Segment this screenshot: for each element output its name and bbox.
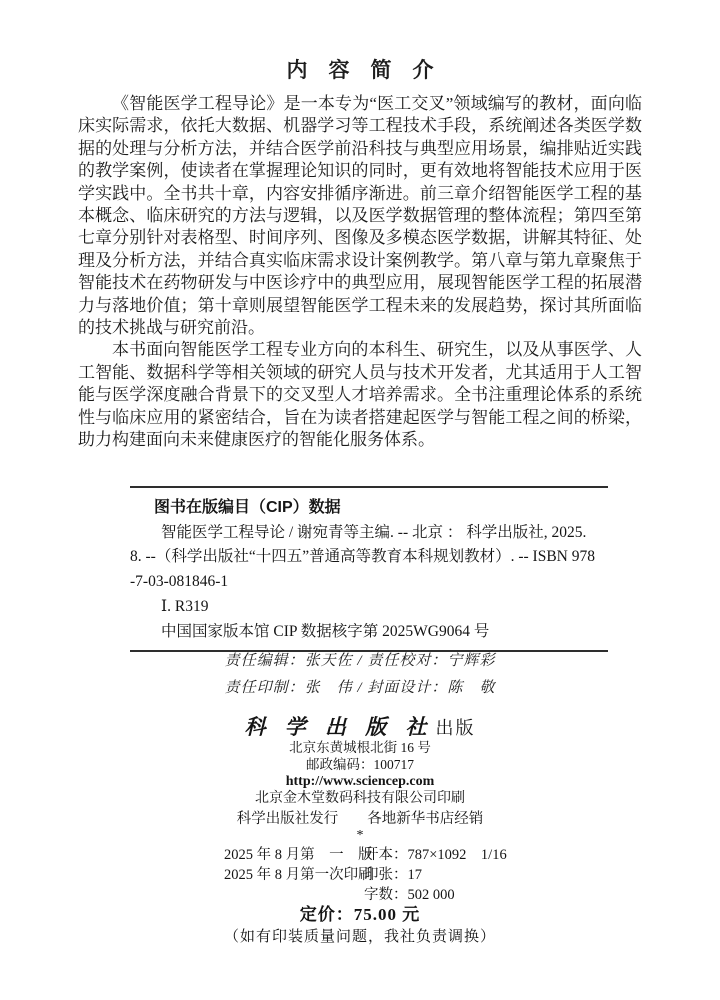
distribution-line: 科学出版社发行 各地新华书店经销 — [0, 809, 720, 829]
printed-sheets: 印张：17 — [364, 865, 496, 885]
staff-production-line: 责任印制：张 伟 / 封面设计：陈 敬 — [225, 675, 496, 702]
publish-label: 出版 — [436, 718, 476, 738]
staff-credits: 责任编辑：张天佐 / 责任校对：宁辉彩 责任印制：张 伟 / 封面设计：陈 敬 — [0, 648, 720, 701]
cip-classification: Ⅰ. R319 — [130, 595, 608, 620]
word-count: 字数：502 000 — [364, 885, 496, 905]
cip-record-line-3: -7-03-081846-1 — [130, 570, 608, 595]
separator-star: * — [0, 829, 720, 843]
content-summary: 《智能医学工程导论》是一本专为“医工交叉”领域编写的教材，面向临床实际需求，依托… — [78, 93, 642, 452]
cip-heading: 图书在版编目（CIP）数据 — [130, 496, 608, 521]
page-title: 内 容 简 介 — [0, 58, 720, 84]
staff-editors-line: 责任编辑：张天佐 / 责任校对：宁辉彩 — [225, 648, 496, 675]
intro-paragraph-1: 《智能医学工程导论》是一本专为“医工交叉”领域编写的教材，面向临床实际需求，依托… — [78, 93, 642, 339]
cip-data-section: 图书在版编目（CIP）数据 智能医学工程导论 / 谢宛青等主编. -- 北京 ：… — [130, 486, 608, 652]
publisher-logo-line: 科 学 出 版 社出版 — [0, 716, 720, 739]
publisher-address: 北京东黄城根北街 16 号 — [0, 739, 720, 756]
edition-date: 2025 年 8 月第 一 版 — [224, 845, 364, 865]
book-copyright-page: 内 容 简 介 《智能医学工程导论》是一本专为“医工交叉”领域编写的教材，面向临… — [0, 0, 720, 1000]
edition-spacer — [224, 885, 364, 905]
cip-record-line-1: 智能医学工程导论 / 谢宛青等主编. -- 北京 ： 科学出版社, 2025. — [130, 521, 608, 546]
quality-exchange-note: （如有印装质量问题，我社负责调换） — [0, 927, 720, 947]
publisher-postcode: 邮政编码：100717 — [0, 756, 720, 773]
edition-info: 2025 年 8 月第 一 版 开本：787×1092 1/16 2025 年 … — [224, 845, 496, 905]
edition-row-version: 2025 年 8 月第 一 版 开本：787×1092 1/16 — [224, 845, 496, 865]
publisher-imprint: 科 学 出 版 社出版 北京东黄城根北街 16 号 邮政编码：100717 ht… — [0, 716, 720, 947]
edition-row-wordcount: 字数：502 000 — [224, 885, 496, 905]
printer-line: 北京金木堂数码科技有限公司印刷 — [0, 790, 720, 807]
edition-row-printing: 2025 年 8 月第一次印刷 印张：17 — [224, 865, 496, 885]
price-line: 定价：75.00 元 — [0, 905, 720, 925]
publisher-logo: 科 学 出 版 社 — [245, 715, 430, 739]
intro-paragraph-2: 本书面向智能医学工程专业方向的本科生、研究生，以及从事医学、人工智能、数据科学等… — [78, 339, 642, 451]
cip-registry-number: 中国国家版本馆 CIP 数据核字第 2025WG9064 号 — [130, 620, 608, 645]
cip-record-line-2: 8. --（科学出版社“十四五”普通高等教育本科规划教材）. -- ISBN 9… — [130, 545, 608, 570]
print-run-date: 2025 年 8 月第一次印刷 — [224, 865, 364, 885]
publisher-website: http://www.sciencep.com — [0, 773, 720, 790]
book-format: 开本：787×1092 1/16 — [364, 845, 507, 865]
